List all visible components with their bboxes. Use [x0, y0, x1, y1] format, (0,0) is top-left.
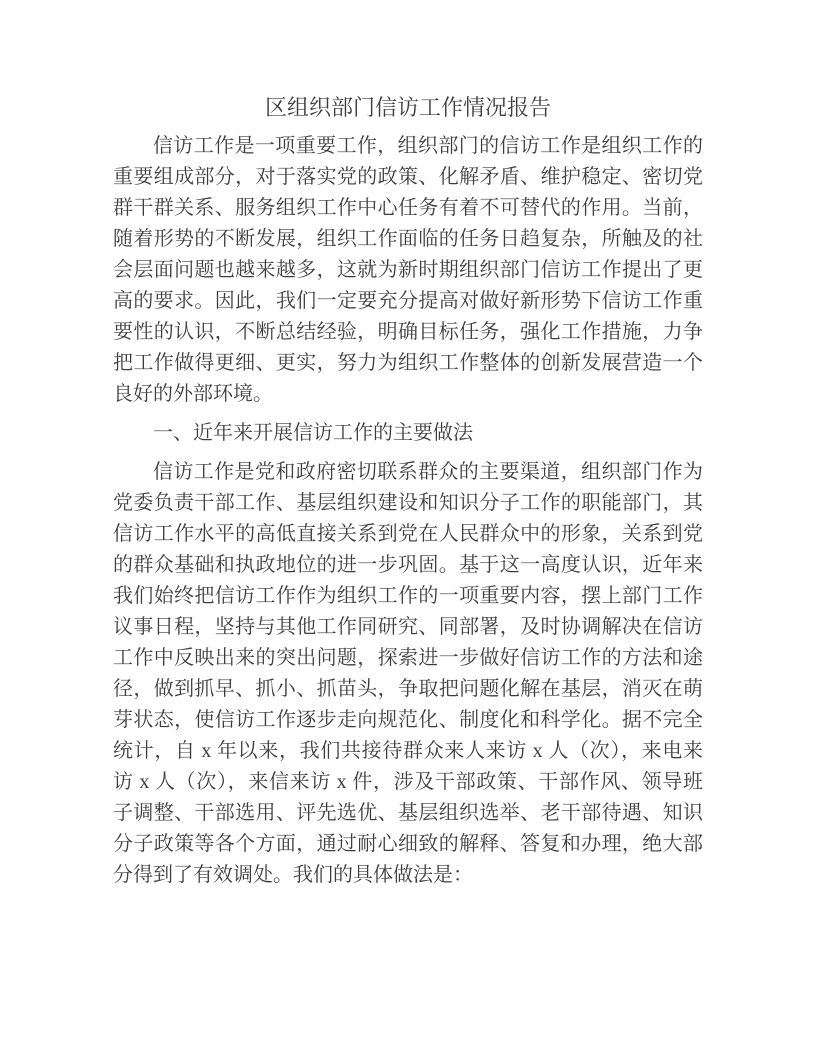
text-line: 统计，自 x 年以来，我们共接待群众来人来访 x 人（次），来电来: [113, 736, 703, 767]
text-line: 信访工作是一项重要工作，组织部门的信访工作是组织工作的: [113, 131, 703, 162]
text-line: 一、近年来开展信访工作的主要做法: [113, 418, 703, 449]
text-line: 的群众基础和执政地位的进一步巩固。基于这一高度认识，近年来: [113, 550, 703, 581]
text-line: 要性的认识，不断总结经验，明确目标任务，强化工作措施，力争: [113, 317, 703, 348]
section-heading-1: 一、近年来开展信访工作的主要做法: [113, 418, 703, 449]
text-line: 芽状态，使信访工作逐步走向规范化、制度化和科学化。据不完全: [113, 705, 703, 736]
text-line: 信访工作是党和政府密切联系群众的主要渠道，组织部门作为: [113, 457, 703, 488]
text-line: 随着形势的不断发展，组织工作面临的任务日趋复杂，所触及的社: [113, 224, 703, 255]
text-line: 良好的外部环境。: [113, 379, 703, 410]
text-line: 分子政策等各个方面，通过耐心细致的解释、答复和办理，绝大部: [113, 829, 703, 860]
document-title: 区组织部门信访工作情况报告: [113, 92, 703, 123]
text-line: 党委负责干部工作、基层组织建设和知识分子工作的职能部门，其: [113, 488, 703, 519]
paragraph-section-1-body: 信访工作是党和政府密切联系群众的主要渠道，组织部门作为党委负责干部工作、基层组织…: [113, 457, 703, 891]
text-line: 信访工作水平的高低直接关系到党在人民群众中的形象，关系到党: [113, 519, 703, 550]
text-line: 工作中反映出来的突出问题，探索进一步做好信访工作的方法和途: [113, 643, 703, 674]
text-line: 子调整、干部选用、评先选优、基层组织选举、老干部待遇、知识: [113, 798, 703, 829]
text-line: 径，做到抓早、抓小、抓苗头，争取把问题化解在基层，消灭在萌: [113, 674, 703, 705]
text-line: 群干群关系、服务组织工作中心任务有着不可替代的作用。当前，: [113, 193, 703, 224]
paragraph-intro: 信访工作是一项重要工作，组织部门的信访工作是组织工作的重要组成部分，对于落实党的…: [113, 131, 703, 410]
text-line: 访 x 人（次），来信来访 x 件，涉及干部政策、干部作风、领导班: [113, 767, 703, 798]
text-line: 议事日程，坚持与其他工作同研究、同部署，及时协调解决在信访: [113, 612, 703, 643]
text-line: 我们始终把信访工作作为组织工作的一项重要内容，摆上部门工作: [113, 581, 703, 612]
text-line: 分得到了有效调处。我们的具体做法是：: [113, 860, 703, 891]
text-line: 会层面问题也越来越多，这就为新时期组织部门信访工作提出了更: [113, 255, 703, 286]
text-line: 把工作做得更细、更实，努力为组织工作整体的创新发展营造一个: [113, 348, 703, 379]
text-line: 高的要求。因此，我们一定要充分提高对做好新形势下信访工作重: [113, 286, 703, 317]
document-page: 区组织部门信访工作情况报告 信访工作是一项重要工作，组织部门的信访工作是组织工作…: [0, 0, 816, 1056]
text-line: 重要组成部分，对于落实党的政策、化解矛盾、维护稳定、密切党: [113, 162, 703, 193]
